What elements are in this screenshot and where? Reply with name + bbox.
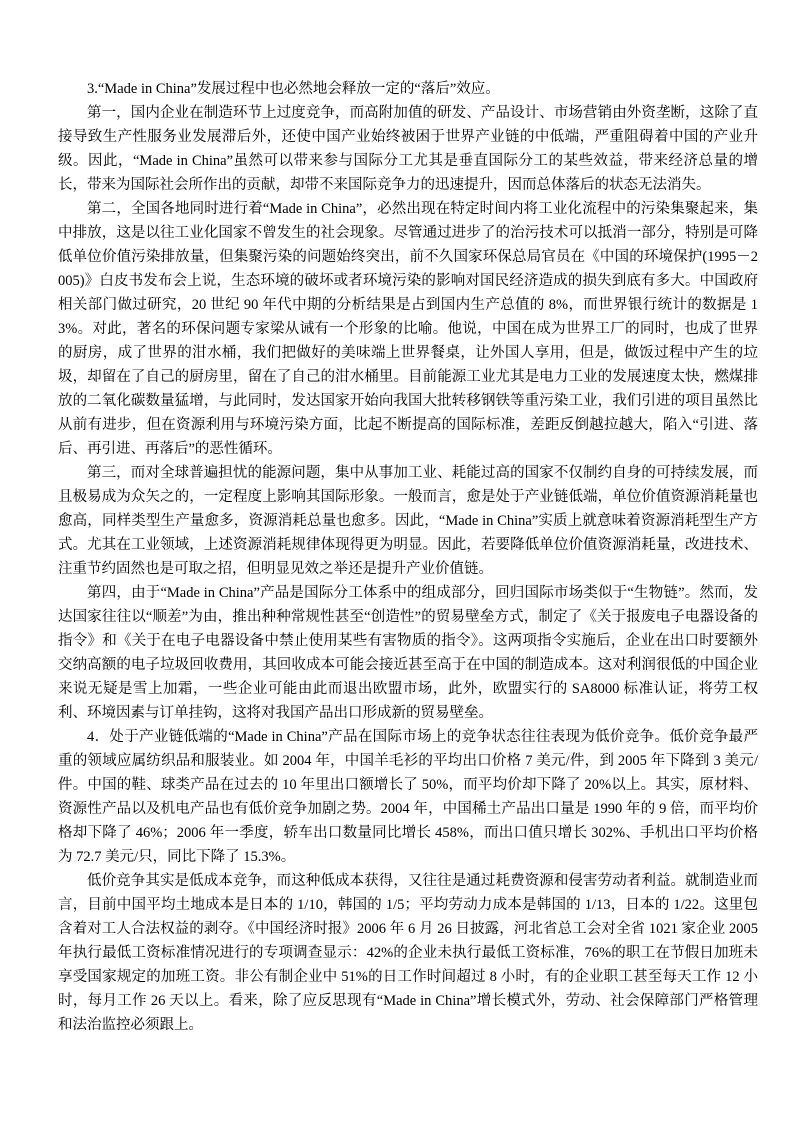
document-page: 3.“Made in China”发展过程中也必然地会释放一定的“落后”效应。 … (0, 0, 794, 1123)
paragraph-point-2: 第二，全国各地同时进行着“Made in China”，必然出现在特定时间内将工… (58, 197, 758, 461)
paragraph-point-1: 第一，国内企业在制造环节上过度竞争，而高附加值的研发、产品设计、市场营销由外资垄… (58, 101, 758, 197)
paragraph-point-4: 第四，由于“Made in China”产品是国际分工体系中的组成部分，回归国际… (58, 581, 758, 725)
paragraph-point-3: 第三，而对全球普遍担忧的能源问题，集中从事加工业、耗能过高的国家不仅制约自身的可… (58, 461, 758, 581)
paragraph-heading-3: 3.“Made in China”发展过程中也必然地会释放一定的“落后”效应。 (58, 77, 758, 101)
paragraph-heading-4: 4．处于产业链低端的“Made in China”产品在国际市场上的竞争状态往往… (58, 725, 758, 869)
paragraph-low-price-competition: 低价竞争其实是低成本竞争，而这种低成本获得，又往往是通过耗费资源和侵害劳动者利益… (58, 869, 758, 1037)
